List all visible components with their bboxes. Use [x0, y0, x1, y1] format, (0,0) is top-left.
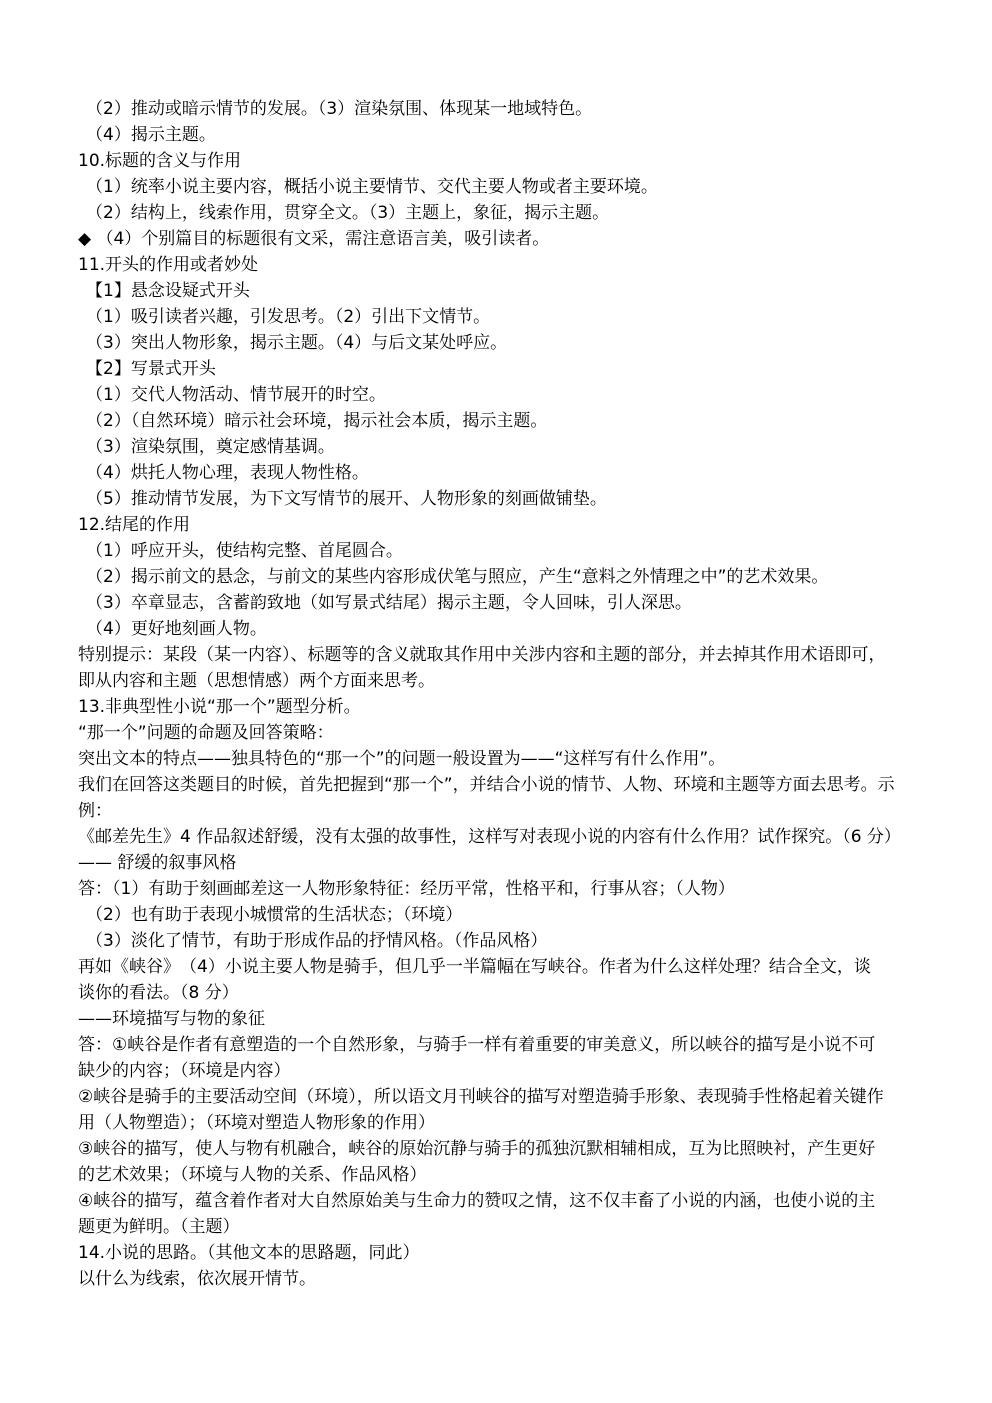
- text-line: 《邮差先生》4 作品叙述舒缓，没有太强的故事性，这样写对表现小说的内容有什么作用…: [78, 824, 938, 850]
- text-line: 缺少的内容；（环境是内容）: [78, 1058, 938, 1084]
- text-line: 答：①峡谷是作者有意塑造的一个自然形象，与骑手一样有着重要的审美意义，所以峡谷的…: [78, 1032, 938, 1058]
- text-line: ——环境描写与物的象征: [78, 1006, 938, 1032]
- text-line: 11.开头的作用或者妙处: [78, 252, 938, 278]
- text-line: “那一个”问题的命题及回答策略：: [78, 720, 938, 746]
- text-line: （4）揭示主题。: [78, 122, 938, 148]
- text-line: —— 舒缓的叙事风格: [78, 850, 938, 876]
- text-line: 答：（1）有助于刻画邮差这一人物形象特征：经历平常，性格平和，行事从容；（人物）: [78, 876, 938, 902]
- document-page: （2）推动或暗示情节的发展。（3）渲染氛围、体现某一地域特色。（4）揭示主题。1…: [78, 96, 938, 1292]
- text-line: 10.标题的含义与作用: [78, 148, 938, 174]
- text-line: 13.非典型性小说“那一个”题型分析。: [78, 694, 938, 720]
- text-line: 的艺术效果；（环境与人物的关系、作品风格）: [78, 1162, 938, 1188]
- text-line: 用（人物塑造）；（环境对塑造人物形象的作用）: [78, 1110, 938, 1136]
- text-line: 谈你的看法。（8 分）: [78, 980, 938, 1006]
- text-line: （2）推动或暗示情节的发展。（3）渲染氛围、体现某一地域特色。: [78, 96, 938, 122]
- text-line: 【1】悬念设疑式开头: [78, 278, 938, 304]
- text-line: 12.结尾的作用: [78, 512, 938, 538]
- text-line: 即从内容和主题（思想情感）两个方面来思考。: [78, 668, 938, 694]
- text-line: （5）推动情节发展，为下文写情节的展开、人物形象的刻画做铺垫。: [78, 486, 938, 512]
- text-line: （2）结构上，线索作用，贯穿全文。（3）主题上，象征，揭示主题。: [78, 200, 938, 226]
- text-line: （4）更好地刻画人物。: [78, 616, 938, 642]
- text-line: （4）烘托人物心理，表现人物性格。: [78, 460, 938, 486]
- text-line: 例：: [78, 798, 938, 824]
- text-line: （3）淡化了情节，有助于形成作品的抒情风格。（作品风格）: [78, 928, 938, 954]
- text-line: ②峡谷是骑手的主要活动空间（环境），所以语文月刊峡谷的描写对塑造骑手形象、表现骑…: [78, 1084, 938, 1110]
- text-line: （2）（自然环境）暗示社会环境，揭示社会本质，揭示主题。: [78, 408, 938, 434]
- text-line: （3）突出人物形象，揭示主题。（4）与后文某处呼应。: [78, 330, 938, 356]
- text-line: （1）吸引读者兴趣，引发思考。（2）引出下文情节。: [78, 304, 938, 330]
- text-line: （1）呼应开头，使结构完整、首尾圆合。: [78, 538, 938, 564]
- text-line: ④峡谷的描写，蕴含着作者对大自然原始美与生命力的赞叹之情，这不仅丰畜了小说的内涵…: [78, 1188, 938, 1214]
- text-line: （2）揭示前文的悬念，与前文的某些内容形成伏笔与照应，产生“意料之外情理之中”的…: [78, 564, 938, 590]
- text-line: 特别提示：某段（某一内容）、标题等的含义就取其作用中关涉内容和主题的部分，并去掉…: [78, 642, 938, 668]
- text-line: ◆ （4）个别篇目的标题很有文采，需注意语言美，吸引读者。: [78, 226, 938, 252]
- text-line: （1）统率小说主要内容，概括小说主要情节、交代主要人物或者主要环境。: [78, 174, 938, 200]
- text-line: 14.小说的思路。（其他文本的思路题，同此）: [78, 1240, 938, 1266]
- text-line: ③峡谷的描写，使人与物有机融合，峡谷的原始沉静与骑手的孤独沉默相辅相成，互为比照…: [78, 1136, 938, 1162]
- text-line: （3）渲染氛围，奠定感情基调。: [78, 434, 938, 460]
- text-line: 题更为鲜明。（主题）: [78, 1214, 938, 1240]
- text-line: 再如《峡谷》 （4）小说主要人物是骑手，但几乎一半篇幅在写峡谷。作者为什么这样处…: [78, 954, 938, 980]
- text-line: 突出文本的特点——独具特色的“那一个”的问题一般设置为——“这样写有什么作用”。: [78, 746, 938, 772]
- text-line: （3）卒章显志，含蓄韵致地（如写景式结尾）揭示主题，令人回味，引人深思。: [78, 590, 938, 616]
- text-line: 以什么为线索，依次展开情节。: [78, 1266, 938, 1292]
- text-line: （2）也有助于表现小城惯常的生活状态；（环境）: [78, 902, 938, 928]
- text-line: 我们在回答这类题目的时候，首先把握到“那一个”，并结合小说的情节、人物、环境和主…: [78, 772, 938, 798]
- text-line: 【2】写景式开头: [78, 356, 938, 382]
- text-line: （1）交代人物活动、情节展开的时空。: [78, 382, 938, 408]
